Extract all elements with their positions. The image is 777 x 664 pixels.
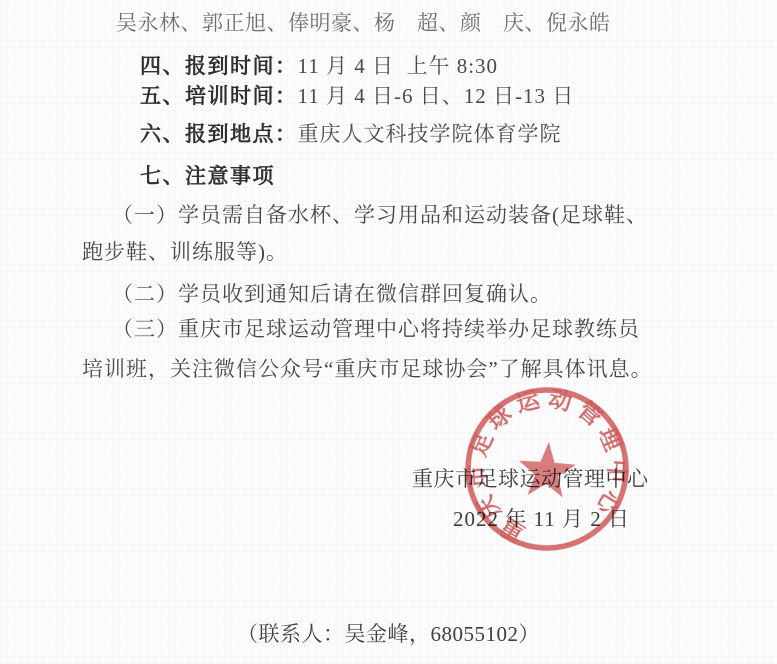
item-notes-heading: 七、注意事项 [140, 165, 275, 188]
item-training-time-value: 11 月 4 日-6 日、12 日-13 日 [298, 84, 575, 108]
item-report-location-label: 六、报到地点： [140, 123, 298, 146]
item-report-location-value: 重庆人文科技学院体育学院 [298, 122, 562, 146]
note-3-line-1: （三）重庆市足球运动管理中心将持续举办足球教练员 [112, 318, 640, 341]
item-report-time-value: 11 月 4 日 上午 8:30 [298, 54, 499, 78]
item-training-time: 五、培训时间：11 月 4 日-6 日、12 日-13 日 [140, 85, 574, 108]
note-1-line-2: 跑步鞋、训练服等)。 [82, 241, 288, 264]
item-training-time-label: 五、培训时间： [140, 85, 298, 108]
item-notes-heading-label: 七、注意事项 [140, 165, 275, 188]
contact-line: （联系人：吴金峰，68055102） [237, 623, 540, 646]
note-1-line-1: （一）学员需自备水杯、学习用品和运动装备(足球鞋、 [112, 204, 648, 227]
signature-organization: 重庆市足球运动管理中心 [412, 468, 649, 491]
item-report-location: 六、报到地点：重庆人文科技学院体育学院 [140, 123, 562, 146]
note-2-line: （二）学员收到通知后请在微信群回复确认。 [112, 283, 552, 306]
scanned-document-page: 吴永林、郭正旭、俸明豪、杨 超、颜 庆、倪永皓 四、报到时间：11 月 4 日 … [0, 0, 777, 664]
note-3-line-2: 培训班，关注微信公众号“重庆市足球协会”了解具体讯息。 [82, 358, 653, 381]
trainee-names-line: 吴永林、郭正旭、俸明豪、杨 超、颜 庆、倪永皓 [116, 12, 611, 35]
item-report-time: 四、报到时间：11 月 4 日 上午 8:30 [140, 55, 498, 78]
signature-date: 2022 年 11 月 2 日 [453, 508, 630, 531]
item-report-time-label: 四、报到时间： [140, 55, 298, 78]
